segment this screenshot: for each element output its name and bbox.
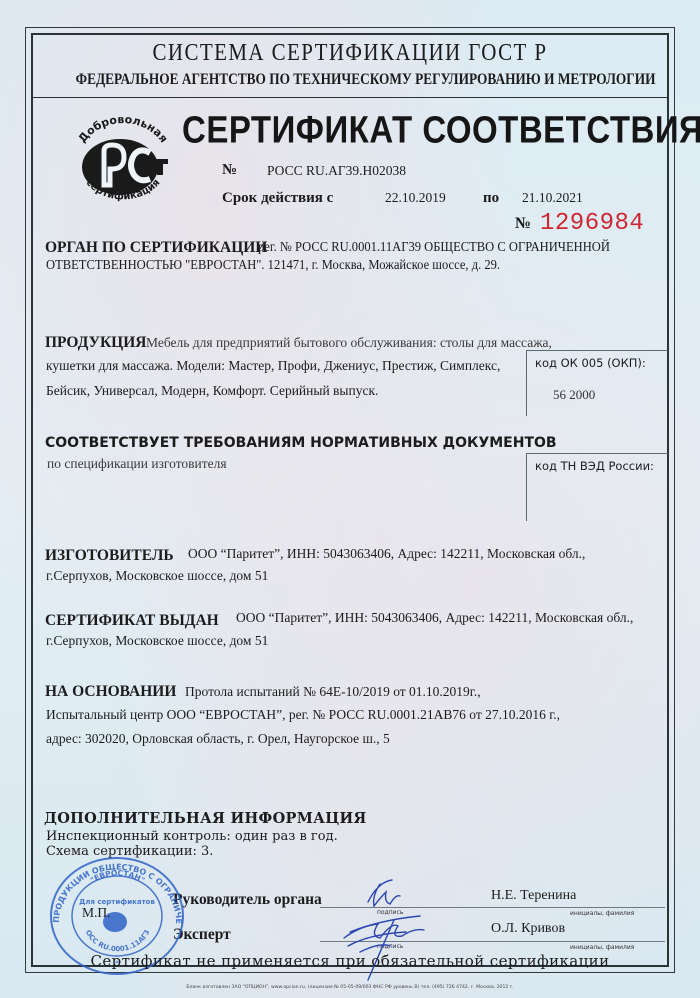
blank-number: 1296984 bbox=[540, 210, 644, 237]
additional-info-heading: ДОПОЛНИТЕЛЬНАЯ ИНФОРМАЦИЯ bbox=[44, 810, 367, 827]
manufacturer-line1: ООО “Паритет”, ИНН: 5043063406, Адрес: 1… bbox=[188, 546, 585, 562]
additional-info-line1: Инспекционный контроль: один раз в год. bbox=[46, 829, 338, 844]
certification-body-line2: ОТВЕТСТВЕННОСТЬЮ "ЕВРОСТАН". 121471, г. … bbox=[46, 257, 500, 273]
basis-line1: Протола испытаний № 64Е-10/2019 от 01.10… bbox=[185, 684, 481, 700]
rst-logo-icon: Добровольная сертификация bbox=[68, 115, 178, 210]
issued-to-line2: г.Серпухов, Московское шоссе, дом 51 bbox=[46, 633, 268, 649]
valid-to-label: по bbox=[483, 190, 499, 207]
certificate-title: СЕРТИФИКАТ СООТВЕТСТВИЯ bbox=[182, 108, 700, 152]
manufacturer-line2: г.Серпухов, Московское шоссе, дом 51 bbox=[46, 568, 268, 584]
footer-note: Сертификат не применяется при обязательн… bbox=[31, 952, 669, 970]
product-line1: Мебель для предприятий бытового обслужив… bbox=[146, 335, 552, 351]
validity-label: Срок действия с bbox=[222, 190, 333, 207]
basis-heading: НА ОСНОВАНИИ bbox=[45, 683, 176, 701]
product-line2: кушетки для массажа. Модели: Мастер, Про… bbox=[46, 358, 500, 374]
conformity-heading: СООТВЕТСТВУЕТ ТРЕБОВАНИЯМ НОРМАТИВНЫХ ДО… bbox=[45, 435, 557, 451]
issued-to-heading: СЕРТИФИКАТ ВЫДАН bbox=[45, 612, 219, 630]
system-title: СИСТЕМА СЕРТИФИКАЦИИ ГОСТ Р bbox=[31, 38, 669, 67]
manufacturer-heading: ИЗГОТОВИТЕЛЬ bbox=[45, 547, 174, 565]
head-name-caption: инициалы, фамилия bbox=[570, 910, 634, 917]
conformity-text: по спецификации изготовителя bbox=[47, 456, 227, 472]
printer-info: Бланк изготовлен ЗАО "ОПЦИОН", www.opcio… bbox=[0, 985, 700, 990]
head-of-body-label: Руководитель органа bbox=[173, 891, 322, 909]
blank-number-label: № bbox=[515, 215, 531, 233]
expert-name-caption: инициалы, фамилия bbox=[570, 944, 634, 951]
expert-name-line bbox=[465, 941, 665, 942]
valid-from: 22.10.2019 bbox=[385, 190, 446, 206]
product-line3: Бейсик, Универсал, Модерн, Комфорт. Сери… bbox=[46, 383, 378, 399]
okp-code-box: код ОК 005 (ОКП): 56 2000 bbox=[526, 350, 668, 416]
certification-body-heading: ОРГАН ПО СЕРТИФИКАЦИИ bbox=[45, 239, 267, 257]
basis-line2: Испытальный центр ООО “ЕВРОСТАН”, рег. №… bbox=[46, 707, 560, 723]
agency-title: ФЕДЕРАЛЬНОЕ АГЕНТСТВО ПО ТЕХНИЧЕСКОМУ РЕ… bbox=[76, 71, 625, 89]
expert-name: О.Л. Кривов bbox=[491, 921, 565, 937]
head-name: Н.Е. Теренина bbox=[491, 888, 576, 904]
product-heading: ПРОДУКЦИЯ bbox=[45, 334, 147, 352]
valid-to: 21.10.2021 bbox=[522, 190, 583, 206]
okp-code-label: код ОК 005 (ОКП): bbox=[535, 356, 646, 370]
header-divider bbox=[31, 97, 669, 98]
certification-body-line1: рег. № РОСС RU.0001.11АГ39 ОБЩЕСТВО С ОГ… bbox=[258, 239, 610, 255]
head-name-line bbox=[465, 907, 665, 908]
tnved-code-box: код ТН ВЭД России: bbox=[526, 453, 668, 521]
certificate-number-label: № bbox=[222, 162, 237, 179]
seal-place-label: М.П. bbox=[82, 905, 111, 921]
tnved-code-label: код ТН ВЭД России: bbox=[535, 459, 654, 473]
certificate-number: РОСС RU.АГ39.Н02038 bbox=[267, 163, 406, 179]
okp-code-value: 56 2000 bbox=[553, 387, 595, 403]
basis-line3: адрес: 302020, Орловская область, г. Оре… bbox=[46, 731, 390, 747]
issued-to-line1: ООО “Паритет”, ИНН: 5043063406, Адрес: 1… bbox=[236, 610, 633, 626]
